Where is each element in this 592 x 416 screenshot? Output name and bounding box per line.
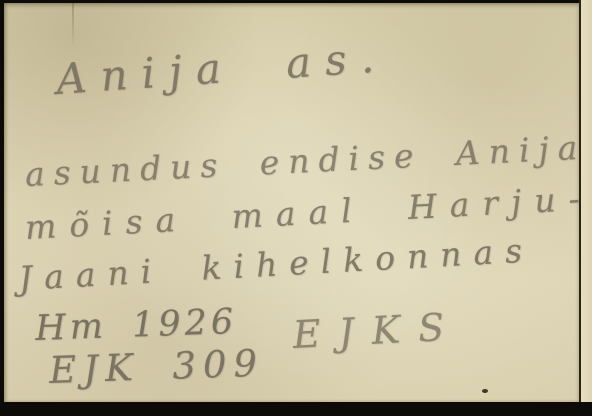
- scanned-card-photo: Anija as. asundus endise Anija mõisa maa…: [0, 0, 592, 416]
- card-title-text: Anija as.: [55, 32, 390, 104]
- index-card: Anija as. asundus endise Anija mõisa maa…: [4, 3, 579, 402]
- ink-speck: [482, 389, 488, 393]
- year-note: Hm 1926: [35, 302, 238, 349]
- collector-initials: EJKS: [292, 304, 463, 357]
- reference-number: EJK 309: [48, 342, 264, 392]
- page-edge-strip: [579, 0, 592, 402]
- paper-crease: [72, 3, 74, 49]
